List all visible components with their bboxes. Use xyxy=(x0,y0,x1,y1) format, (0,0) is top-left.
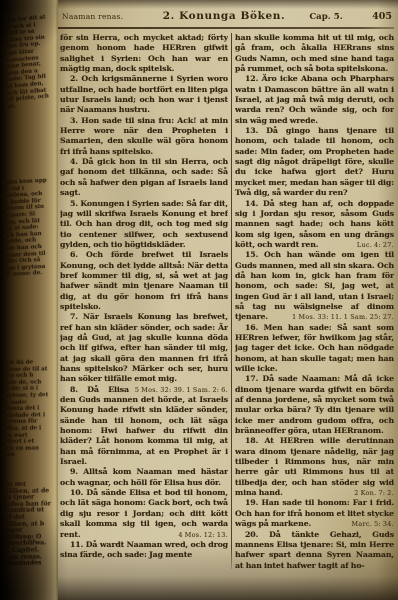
verse-number: 9. xyxy=(70,467,78,476)
verse: han skulle komma hit ut til mig, och gå … xyxy=(235,33,394,74)
left-column: för sin Herra, och mycket aktad; förty g… xyxy=(60,33,228,583)
verse: 5. Konungen i Syrien sade: Så far dit, j… xyxy=(60,199,228,251)
page-header: Naaman renas. 2. Konunga Böken. Cap. 5. … xyxy=(62,10,392,25)
text-columns: för sin Herra, och mycket aktad; förty g… xyxy=(60,33,394,583)
verse-number: 19. xyxy=(245,498,258,507)
scripture-reference: 5 Mos. 32: 39. 1 Sam. 2: 6. xyxy=(129,385,228,395)
verse-number: 15. xyxy=(245,250,258,259)
right-column: han skulle komma hit ut til mig, och gå … xyxy=(235,33,394,583)
verse-number: 8. xyxy=(70,385,78,394)
verse-text: Och han wände om igen til Guds mannen, m… xyxy=(235,250,394,321)
verse: 10. Då sände Elisa et bod til honom, och… xyxy=(60,488,228,540)
verse-text: Hon sade til sina fru: Ack! at min Herre… xyxy=(60,116,228,156)
verse-text: Då tänkte Gehazi, Guds mannens Elisa tje… xyxy=(235,530,394,570)
verse-text: Alltså kom Naaman med hästar och wagnar,… xyxy=(60,467,228,486)
verse: 2. Och krigsmännerne i Syrien woro utfal… xyxy=(60,74,228,115)
verse: 20. Då tänkte Gehazi, Guds mannens Elisa… xyxy=(235,530,394,571)
verse: 15. Och han wände om igen til Guds manne… xyxy=(235,250,394,322)
verse-number: 11. xyxy=(70,540,83,549)
verse: 12. Äro icke Abana och Pharphars watn i … xyxy=(235,74,394,126)
verse-number: 2. xyxy=(70,74,78,83)
verse: 16. Men han sade: Så sant som HERren lef… xyxy=(235,323,394,375)
verse: 6. Och förde brefwet til Israels Konung,… xyxy=(60,250,228,312)
verse: 7. När Israels Konung las brefwet, ref h… xyxy=(60,312,228,384)
scripture-reference: Marc. 5: 34. xyxy=(346,519,394,529)
book-title: 2. Konunga Böken. xyxy=(150,10,298,22)
scripture-reference: 1 Mos. 33: 11. 1 Sam. 25: 27. xyxy=(286,312,394,322)
verse-number: 16. xyxy=(245,323,258,332)
verse-text: Konungen i Syrien sade: Så far dit, jag … xyxy=(60,199,228,249)
verse-number: 4. xyxy=(70,157,78,166)
verse: 9. Alltså kom Naaman med hästar och wagn… xyxy=(60,467,228,488)
verse-number: 7. xyxy=(70,312,78,321)
verse-text: Och krigsmännerne i Syrien woro utfallne… xyxy=(60,74,228,114)
verse-text: han skulle komma hit ut til mig, och gå … xyxy=(235,33,394,73)
adjacent-page-text-fragment: och då de gärne de til at sita och h sad… xyxy=(1,359,49,470)
verse: 3. Hon sade til sina fru: Ack! at min He… xyxy=(60,116,228,157)
verse: 8. Då Elisa den Guds mannen det hörde, a… xyxy=(60,385,228,468)
verse-number: 10. xyxy=(70,488,83,497)
verse-text: Och förde brefwet til Israels Konung, oc… xyxy=(60,250,228,311)
verse-text: At HERren wille derutinnan wara dinom tj… xyxy=(235,436,394,497)
verse-text: Då gingo hans tjenare til honom, och tal… xyxy=(235,126,394,197)
verse-text: för sin Herra, och mycket aktad; förty g… xyxy=(60,33,228,73)
verse-number: 13. xyxy=(245,126,258,135)
verse-number: 20. xyxy=(245,530,258,539)
verse: 13. Då gingo hans tjenare til honom, och… xyxy=(235,126,394,198)
running-title: Naaman renas. xyxy=(62,12,150,21)
book-photo: han for dit at se och si i hwil te sa wä… xyxy=(0,0,398,600)
verse: 11. Då wardt Naaman wred, och drog sina … xyxy=(60,540,228,561)
verse-number: 17. xyxy=(245,374,258,383)
verse-text: Då gick hon in til sin Herra, och gaf ho… xyxy=(60,157,228,197)
verse: 18. At HERren wille derutinnan wara dino… xyxy=(235,436,394,498)
verse: 17. Då sade Naaman: Må då icke dinom tje… xyxy=(235,374,394,436)
verse-number: 3. xyxy=(70,116,78,125)
verse: 19. Han sade til honom: Far i frid. Och … xyxy=(235,498,394,529)
verse-text: Men han sade: Så sant som HERren lefwer,… xyxy=(235,323,394,373)
verse-number: 18. xyxy=(245,436,258,445)
verse-text: Då Elisa den Guds mannen det hörde, at I… xyxy=(60,385,228,466)
verse-number: 6. xyxy=(70,250,78,259)
column-divider xyxy=(231,33,232,569)
verse-number: 12. xyxy=(245,74,258,83)
verse: 4. Då gick hon in til sin Herra, och gaf… xyxy=(60,157,228,198)
verse-number: 14. xyxy=(245,199,258,208)
scripture-reference: 2 Kon. 7: 2. xyxy=(348,488,394,498)
verse-text: Då sade Naaman: Må då icke dinom tjenare… xyxy=(235,374,394,435)
verse-text: När Israels Konung las brefwet, ref han … xyxy=(60,312,228,383)
verse: för sin Herra, och mycket aktad; förty g… xyxy=(60,33,228,74)
scripture-reference: 4 Mos. 12: 13. xyxy=(172,530,228,540)
book-spine-gutter: han for dit at se och si i hwil te sa wä… xyxy=(0,0,58,600)
verse: 14. Då steg han af, och doppade sig i Jo… xyxy=(235,199,394,251)
scripture-reference: Luc. 4: 27. xyxy=(351,240,394,250)
adjacent-page-text-fragment: Elisa kom upp til rid i landena, och te … xyxy=(2,178,50,320)
verse-text: Då wardt Naaman wred, och drog sina färd… xyxy=(60,540,228,559)
chapter-label: Cap. 5. xyxy=(298,12,354,22)
adjacent-page-text-fragment: af det fölken, at de is tjener lefwa han… xyxy=(3,481,52,572)
verse-text: Äro icke Abana och Pharphars watn i Dama… xyxy=(235,74,394,124)
header-rule xyxy=(58,27,394,29)
adjacent-page-text-fragment: han for dit at se och si i hwil te sa wä… xyxy=(4,14,54,138)
page-number: 405 xyxy=(354,11,392,22)
verse-number: 5. xyxy=(70,199,78,208)
